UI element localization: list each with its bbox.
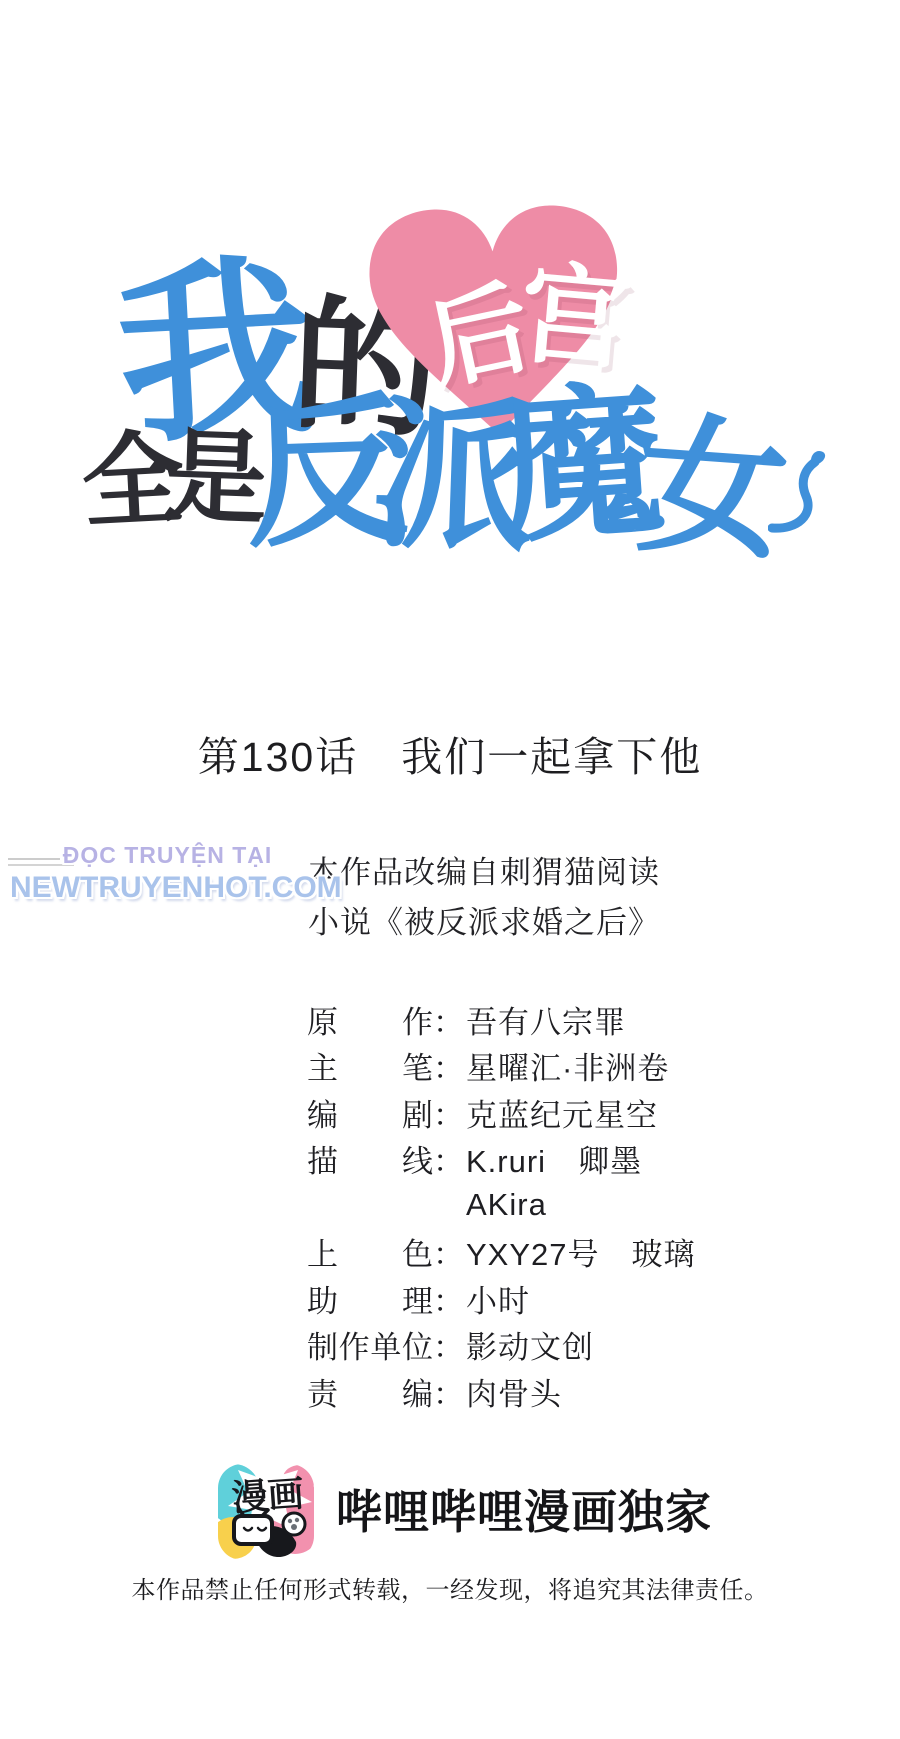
credit-row-lead-artist: 主笔：星曜汇·非洲卷 [307, 1043, 696, 1090]
credit-colon: ： [433, 1322, 464, 1367]
watermark-line2: NEWTRUYENHOT.COM [10, 871, 325, 905]
devil-tail-squiggle-icon [768, 442, 826, 534]
credit-value: 肉骨头 [466, 1369, 562, 1414]
credit-label: 主笔 [307, 1043, 433, 1088]
credit-colon: ： [433, 1090, 464, 1135]
credit-value: YXY27号 玻璃 [466, 1229, 696, 1274]
bilibili-exclusive-text: 哔哩哔哩漫画独家 [336, 1476, 712, 1542]
credit-row-coloring: 上色：YXY27号 玻璃 [307, 1229, 696, 1276]
credit-value: 影动文创 [466, 1322, 594, 1367]
credit-value: 星曜汇·非洲卷 [466, 1043, 669, 1088]
credit-colon: ： [433, 1369, 464, 1414]
credit-colon: ： [433, 997, 464, 1042]
credit-colon: ： [433, 1136, 464, 1181]
adaptation-note: 本作品改编自刺猬猫阅读 小说《被反派求婚之后》 [308, 848, 660, 948]
credit-label: 编剧 [307, 1090, 433, 1135]
credit-colon: ： [433, 1043, 464, 1088]
adaptation-line2: 小说《被反派求婚之后》 [308, 898, 660, 948]
title-char-mo: 魔 [494, 378, 669, 553]
credit-label: 上色 [307, 1229, 433, 1274]
credit-value: 克蓝纪元星空 [466, 1090, 658, 1135]
credit-row-editor: 责编：肉骨头 [307, 1368, 696, 1415]
credit-label: 制作单位 [307, 1322, 433, 1367]
publisher-banner: 漫画 哔哩哔哩漫画独家 [218, 1464, 712, 1560]
site-watermark: ĐỌC TRUYỆN TẠI NEWTRUYENHOT.COM [10, 842, 325, 905]
credit-label: 描线 [307, 1136, 433, 1181]
credit-value: 小时 [466, 1276, 530, 1321]
credit-row-screenwriter: 编剧：克蓝纪元星空 [307, 1089, 696, 1136]
credit-value: K.ruri 卿墨 [466, 1136, 642, 1181]
credit-colon: ： [433, 1276, 464, 1321]
credit-label: 助理 [307, 1276, 433, 1321]
legal-notice: 本作品禁止任何形式转载，一经发现，将追究其法律责任。 [0, 1570, 900, 1605]
adaptation-line1: 本作品改编自刺猬猫阅读 [308, 848, 660, 898]
credit-label: 责编 [307, 1369, 433, 1414]
credits-list: 原作：吾有八宗罪 主笔：星曜汇·非洲卷 编剧：克蓝纪元星空 描线：K.ruri … [307, 996, 696, 1415]
credit-row-production-unit: 制作单位：影动文创 [307, 1322, 696, 1369]
title-char-gong: 宫 [515, 258, 634, 377]
credit-row-line-art: 描线：K.ruri 卿墨 [307, 1136, 696, 1183]
credit-label: 原作 [307, 997, 433, 1042]
series-title-artwork: 我 的 后 宫 全 是 反 派 魔 女 [0, 190, 900, 580]
credit-row-line-art-continued: ：AKira [307, 1182, 696, 1229]
manga-title-page: 我 的 后 宫 全 是 反 派 魔 女 第130话 我们一起拿下他 ĐỌC TR… [0, 0, 900, 1739]
credit-row-original-author: 原作：吾有八宗罪 [307, 996, 696, 1043]
credit-colon: ： [433, 1229, 464, 1274]
bilibili-manga-logo-icon: 漫画 [218, 1464, 314, 1560]
credit-row-assistant: 助理：小时 [307, 1275, 696, 1322]
chapter-title: 第130话 我们一起拿下他 [0, 724, 900, 783]
watermark-line1: ĐỌC TRUYỆN TẠI [10, 842, 325, 869]
credit-value: AKira [466, 1187, 547, 1223]
credit-value: 吾有八宗罪 [466, 997, 626, 1042]
